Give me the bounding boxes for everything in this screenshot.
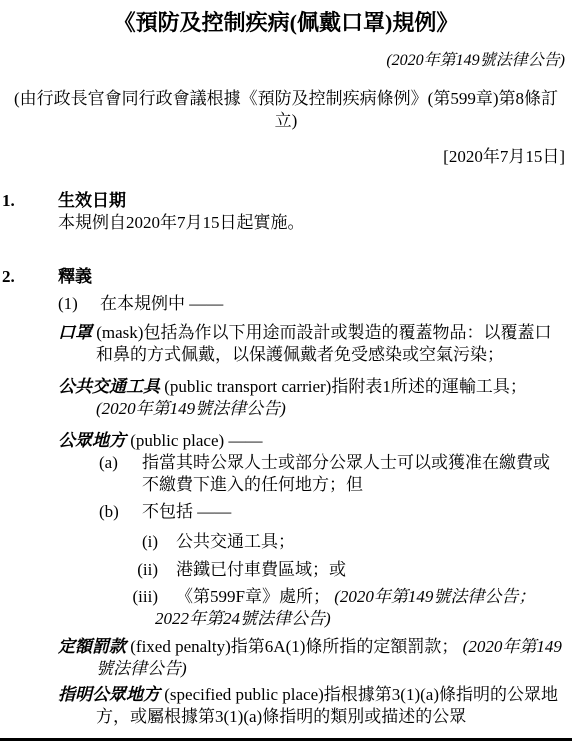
section-1-content: 生效日期 本規例自2020年7月15日起實施。 <box>58 190 572 234</box>
subsection-1: (1) 在本規例中 —— <box>58 293 565 315</box>
definition-public-place: 公眾地方 (public place) —— (a) 指當其時公眾人士或部分公眾… <box>58 430 565 630</box>
section-1-heading: 生效日期 <box>58 190 565 212</box>
legislation-document-page: 《預防及控制疾病(佩戴口罩)規例》 (2020年第149號法律公告) (由行政長… <box>0 0 572 741</box>
subsection-1-text: 在本規例中 —— <box>100 293 565 315</box>
section-2-content: 釋義 (1) 在本規例中 —— 口罩 (mask)包括為作以下用途而設計或製造的… <box>58 266 572 728</box>
definition-item-b-iii: (iii) 《第599F章》處所； (2020年第149號法律公告；2022年第… <box>58 586 565 630</box>
item-b-iii-marker: (iii) <box>118 586 158 630</box>
definition-item-b-ii: (ii) 港鐵已付車費區域；或 <box>58 559 565 581</box>
defined-term-specified-public-place-english: (specified public place) <box>160 685 324 704</box>
defined-term-public-transport-carrier-english: (public transport carrier) <box>160 377 331 396</box>
item-a-marker: (a) <box>99 452 142 496</box>
definition-public-place-head: 公眾地方 (public place) —— <box>58 430 565 452</box>
definition-mask-text: 包括為作以下用途而設計或製造的覆蓋物品：以覆蓋口和鼻的方式佩戴，以保護佩戴者免受… <box>96 323 551 364</box>
item-b-ii-marker: (ii) <box>118 559 158 581</box>
defined-term-mask-english: (mask) <box>92 323 143 342</box>
document-title: 《預防及控制疾病(佩戴口罩)規例》 <box>7 8 565 38</box>
defined-term-specified-public-place: 指明公眾地方 <box>58 685 160 704</box>
defined-term-fixed-penalty-english: (fixed penalty) <box>126 637 231 656</box>
definition-public-transport-carrier-text: 指附表1所述的運輸工具； <box>331 377 527 396</box>
definition-fixed-penalty-text: 指第6A(1)條所指的定額罰款； <box>231 637 459 656</box>
section-2: 2. 釋義 (1) 在本規例中 —— 口罩 (mask)包括為作以下用途而設計或… <box>0 266 572 728</box>
gazette-notice: (2020年第149號法律公告) <box>0 50 572 72</box>
definition-mask: 口罩 (mask)包括為作以下用途而設計或製造的覆蓋物品：以覆蓋口和鼻的方式佩戴… <box>58 322 565 366</box>
item-b-text: 不包括 —— <box>142 501 565 523</box>
definition-item-b-i: (i) 公共交通工具； <box>58 531 565 553</box>
item-a-text: 指當其時公眾人士或部分公眾人士可以或獲准在繳費或不繳費下進入的任何地方；但 <box>142 452 565 496</box>
defined-term-public-place-english: (public place) <box>126 431 224 450</box>
subsection-1-marker: (1) <box>58 293 100 315</box>
item-b-i-marker: (i) <box>118 531 158 553</box>
defined-term-fixed-penalty: 定額罰款 <box>58 637 126 656</box>
defined-term-mask: 口罩 <box>58 323 92 342</box>
section-1: 1. 生效日期 本規例自2020年7月15日起實施。 <box>0 190 572 234</box>
item-b-iii-body: 《第599F章》處所； (2020年第149號法律公告；2022年第24號法律公… <box>155 586 565 630</box>
section-1-body: 本規例自2020年7月15日起實施。 <box>58 212 565 234</box>
defined-term-public-place: 公眾地方 <box>58 431 126 450</box>
amendment-note: (2020年第149號法律公告) <box>96 399 286 418</box>
item-b-marker: (b) <box>99 501 142 523</box>
item-b-ii-text: 港鐵已付車費區域；或 <box>155 559 565 581</box>
section-1-number: 1. <box>0 190 58 234</box>
commencement-date: [2020年7月15日] <box>0 146 572 168</box>
definition-specified-public-place: 指明公眾地方 (specified public place)指根據第3(1)(… <box>58 684 565 728</box>
definition-public-place-dash: —— <box>224 431 262 450</box>
definition-item-b: (b) 不包括 —— <box>58 501 565 523</box>
section-2-number: 2. <box>0 266 58 728</box>
definition-item-a: (a) 指當其時公眾人士或部分公眾人士可以或獲准在繳費或不繳費下進入的任何地方；… <box>58 452 565 496</box>
item-b-i-text: 公共交通工具； <box>155 531 565 553</box>
defined-term-public-transport-carrier: 公共交通工具 <box>58 377 160 396</box>
item-b-iii-text: 《第599F章》處所； <box>176 587 330 606</box>
section-2-heading: 釋義 <box>58 266 565 288</box>
definition-public-transport-carrier: 公共交通工具 (public transport carrier)指附表1所述的… <box>58 376 565 420</box>
enacting-clause: (由行政長官會同行政會議根據《預防及控制疾病條例》(第599章)第8條訂立) <box>0 88 572 132</box>
definition-fixed-penalty: 定額罰款 (fixed penalty)指第6A(1)條所指的定額罰款； (20… <box>58 636 565 680</box>
